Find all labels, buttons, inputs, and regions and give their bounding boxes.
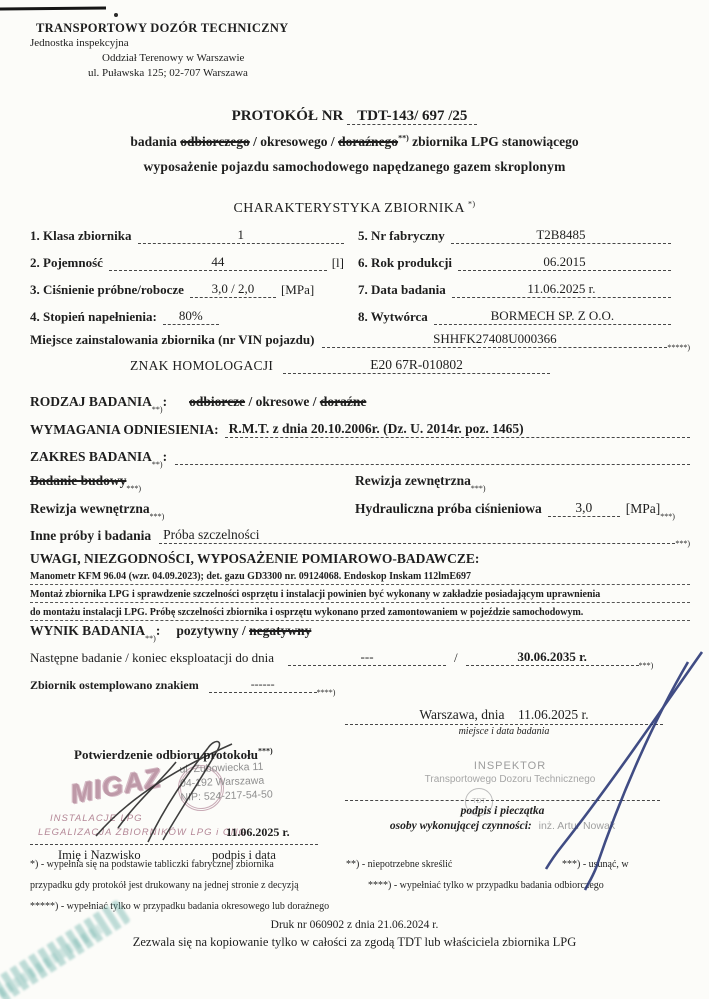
separator: / bbox=[331, 134, 335, 149]
rewizja-wewnetrzna: Rewizja wewnętrzna ***) bbox=[30, 500, 355, 517]
row-value-empty bbox=[175, 449, 690, 465]
company-stamp-address: ul. Zubowiecka 11 04-192 Warszawa NIP: 5… bbox=[179, 759, 273, 804]
footnote: przypadku gdy protokół jest drukowany na… bbox=[30, 875, 299, 896]
protocol-title: PROTOKÓŁ NR TDT-143/ 697 /25 bbox=[0, 108, 709, 125]
receipt-date: 11.06.2025 r. bbox=[226, 825, 290, 840]
field-vin: Miejsce zainstalowania zbiornika (nr VIN… bbox=[30, 331, 690, 348]
row-label: Następne badanie / koniec eksploatacji d… bbox=[30, 650, 274, 666]
footnote-row: przypadku gdy protokół jest drukowany na… bbox=[30, 875, 685, 896]
receipt-heading-text: Potwierdzenie odbioru protokołu bbox=[74, 747, 258, 762]
field-value: 11.06.2025 r. bbox=[452, 281, 671, 298]
inspector-caption-2: osoby wykonującej czynności: inż. Artur … bbox=[345, 820, 660, 832]
protocol-subtitle: badania odbiorczego / okresowego / doraź… bbox=[0, 134, 709, 150]
field-label: 6. Rok produkcji bbox=[358, 255, 458, 271]
row-label: Hydrauliczna próba ciśnieniowa bbox=[355, 501, 542, 517]
characteristics-grid: 1. Klasa zbiornika 1 5. Nr fabryczny T2B… bbox=[30, 227, 685, 325]
field-label: 3. Ciśnienie próbne/robocze bbox=[30, 282, 190, 298]
row-label-struck: Badanie budowy bbox=[30, 473, 126, 489]
field-cisnienie: 3. Ciśnienie próbne/robocze 3,0 / 2,0 [M… bbox=[30, 281, 358, 298]
next-date-1: --- bbox=[288, 649, 446, 666]
row-label: WYMAGANIA ODNIESIENIA: bbox=[30, 422, 219, 438]
scan-artifact-line bbox=[0, 6, 106, 10]
company-stamp-caption-2: LEGALIZACJA ZBIORNIKÓW LPG i CNG bbox=[38, 827, 247, 838]
field-value: 3,0 / 2,0 bbox=[190, 281, 276, 298]
signature-rule bbox=[30, 844, 318, 845]
field-value: T2B8485 bbox=[451, 227, 671, 244]
place-date-caption: miejsce i data badania bbox=[345, 726, 663, 737]
row-label: Rewizja wewnętrzna bbox=[30, 501, 150, 517]
footnote-row: *****) - wypełniać tylko w przypadku bad… bbox=[30, 896, 685, 917]
field-value: E20 67R-010802 bbox=[283, 357, 550, 374]
field-value: SHHFK27408U000366 bbox=[322, 331, 667, 348]
protocol-label: PROTOKÓŁ NR bbox=[232, 108, 344, 124]
protocol-subtitle-2: wyposażenie pojazdu samochodowego napędz… bbox=[0, 159, 709, 175]
row-label: Zbiornik ostemplowano znakiem bbox=[30, 678, 199, 693]
field-value: BORMECH SP. Z O.O. bbox=[434, 308, 671, 325]
rodzaj-struck-dorazne: doraźne bbox=[320, 394, 367, 409]
field-pojemnosc: 2. Pojemność 44 [l] bbox=[30, 254, 358, 271]
footnote: ***) - usunąć, w bbox=[562, 854, 629, 875]
field-unit: [MPa] bbox=[276, 282, 314, 298]
rodzaj-values: odbiorcze / okresowe / doraźne bbox=[167, 394, 366, 410]
zbiornik-ostemplowano-row: Zbiornik ostemplowano znakiem ------ ***… bbox=[30, 677, 690, 693]
org-branch: Oddział Terenowy w Warszawie bbox=[30, 51, 289, 66]
wynik-pozytywny: pozytywny bbox=[176, 623, 238, 638]
field-label: 8. Wytwórca bbox=[358, 309, 434, 325]
footnote-mark: *) bbox=[468, 199, 475, 208]
field-wytworca: 8. Wytwórca BORMECH SP. Z O.O. bbox=[358, 308, 685, 325]
subtitle-suffix: zbiornika LPG stanowiącego bbox=[412, 134, 579, 149]
footnote-mark: ***) bbox=[258, 747, 273, 756]
separator: / bbox=[248, 394, 252, 409]
footnotes: *) - wypełnia się na podstawie tabliczki… bbox=[30, 854, 685, 917]
uwagi-line-2: Montaż zbiornika LPG i sprawdzenie szcze… bbox=[30, 589, 690, 603]
field-nr-fabryczny: 5. Nr fabryczny T2B8485 bbox=[358, 227, 685, 244]
company-stamp-logo: MIGAZ bbox=[68, 763, 164, 811]
scan-artifact-dot bbox=[114, 13, 118, 17]
field-value: 44 bbox=[109, 254, 327, 271]
field-value: 06.2015 bbox=[458, 254, 671, 271]
field-label: Miejsce zainstalowania zbiornika (nr VIN… bbox=[30, 332, 322, 348]
footnote: ****) - wypełniać tylko w przypadku bada… bbox=[368, 875, 604, 896]
zakres-row: ZAKRES BADANIA**): bbox=[30, 449, 690, 465]
row-value: ------ bbox=[209, 677, 317, 693]
separator: / bbox=[253, 134, 257, 149]
field-homologacja: ZNAK HOMOLOGACJI E20 67R-010802 bbox=[130, 357, 550, 374]
section-charakterystyka: CHARAKTERYSTYKA ZBIORNIKA *) bbox=[0, 201, 709, 217]
company-stamp-caption-1: INSTALACJE LPG bbox=[50, 813, 143, 824]
row-label: ZAKRES BADANIA bbox=[30, 449, 152, 465]
rodzaj-struck-odbiorcze: odbiorcze bbox=[189, 394, 245, 409]
field-data-badania: 7. Data badania 11.06.2025 r. bbox=[358, 281, 685, 298]
row-unit: [MPa] bbox=[626, 501, 661, 517]
badanie-budowy: Badanie budowy ***) bbox=[30, 473, 355, 489]
inspector-name: inż. Artur Nowak bbox=[535, 820, 615, 832]
title-block: PROTOKÓŁ NR TDT-143/ 697 /25 badania odb… bbox=[0, 108, 709, 175]
uwagi-line-1: Manometr KFM 96.04 (wzr. 04.09.2023); de… bbox=[30, 571, 690, 585]
type-okresowego: okresowego bbox=[260, 134, 327, 149]
inne-proby-row: Inne próby i badania Próba szczelności *… bbox=[30, 527, 690, 544]
section-title-text: CHARAKTERYSTYKA ZBIORNIKA bbox=[234, 201, 465, 216]
field-label: 7. Data badania bbox=[358, 282, 452, 298]
place-date-block: Warszawa, dnia 11.06.2025 r. miejsce i d… bbox=[345, 707, 663, 737]
row-value: Próba szczelności bbox=[159, 527, 675, 544]
signature-rule bbox=[345, 800, 660, 801]
place-label: Warszawa, dnia bbox=[419, 707, 504, 722]
protocol-number: TDT-143/ 697 /25 bbox=[347, 108, 477, 125]
wynik-struck-negatywny: negatywny bbox=[249, 623, 311, 638]
inspector-stamp-title: INSPEKTOR bbox=[345, 760, 675, 772]
place-date-value: 11.06.2025 r. bbox=[518, 707, 589, 722]
next-date-2: 30.06.2035 r. bbox=[466, 649, 639, 666]
uwagi-heading: UWAGI, NIEZGODNOŚCI, WYPOSAŻENIE POMIARO… bbox=[30, 551, 479, 567]
field-label: ZNAK HOMOLOGACJI bbox=[130, 358, 283, 374]
copy-permission: Zezwala się na kopiowanie tylko w całośc… bbox=[0, 935, 709, 950]
field-value: 80% bbox=[163, 308, 219, 325]
org-unit: Jednostka inspekcyjna bbox=[30, 36, 289, 51]
field-label: 5. Nr fabryczny bbox=[358, 228, 451, 244]
uwagi-line-3: do montażu instalacji LPG. Próbę szczeln… bbox=[30, 607, 690, 621]
org-name: TRANSPORTOWY DOZÓR TECHNICZNY bbox=[30, 21, 289, 36]
field-klasa: 1. Klasa zbiornika 1 bbox=[30, 227, 358, 244]
field-stopien: 4. Stopień napełnienia: 80% bbox=[30, 308, 358, 325]
separator: / bbox=[313, 394, 317, 409]
scope-grid: Badanie budowy ***) Rewizja zewnętrzna *… bbox=[30, 473, 690, 517]
row-value: R.M.T. z dnia 20.10.2006r. (Dz. U. 2014r… bbox=[225, 421, 690, 438]
rodzaj-badania-row: RODZAJ BADANIA**): odbiorcze / okresowe … bbox=[30, 394, 690, 410]
org-address: ul. Puławska 125; 02-707 Warszawa bbox=[30, 66, 289, 81]
footnote-mark: **) bbox=[398, 134, 409, 143]
inspector-stamp-org: Transportowego Dozoru Technicznego bbox=[345, 774, 675, 785]
row-label: Rewizja zewnętrzna bbox=[355, 473, 471, 489]
field-label: 1. Klasa zbiornika bbox=[30, 228, 138, 244]
footnote-row: *) - wypełnia się na podstawie tabliczki… bbox=[30, 854, 685, 875]
field-rok-produkcji: 6. Rok produkcji 06.2015 bbox=[358, 254, 685, 271]
subtitle-prefix: badania bbox=[130, 134, 177, 149]
type-struck-odbiorczego: odbiorczego bbox=[180, 134, 250, 149]
nastepne-badanie-row: Następne badanie / koniec eksploatacji d… bbox=[30, 649, 690, 666]
hydrauliczna-proba: Hydrauliczna próba ciśnieniowa 3,0 [MPa]… bbox=[355, 500, 690, 517]
footnote: *) - wypełnia się na podstawie tabliczki… bbox=[30, 854, 274, 875]
inspector-caption-1: podpis i pieczątka bbox=[345, 805, 660, 817]
wynik-row: WYNIK BADANIA**): pozytywny / negatywny bbox=[30, 623, 690, 639]
row-label: RODZAJ BADANIA bbox=[30, 394, 152, 410]
scanned-protocol-document: TRANSPORTOWY DOZÓR TECHNICZNY Jednostka … bbox=[0, 0, 709, 999]
field-unit: [l] bbox=[327, 255, 344, 271]
letterhead: TRANSPORTOWY DOZÓR TECHNICZNY Jednostka … bbox=[30, 21, 289, 81]
field-label: 2. Pojemność bbox=[30, 255, 109, 271]
separator: / bbox=[242, 623, 246, 638]
footnote: *****) - wypełniać tylko w przypadku bad… bbox=[30, 896, 329, 917]
rodzaj-okresowe: okresowe bbox=[256, 394, 310, 409]
footnote: **) - niepotrzebne skreślić bbox=[346, 854, 452, 875]
rewizja-zewnetrzna: Rewizja zewnętrzna ***) bbox=[355, 473, 690, 489]
inspector-caption-text: osoby wykonującej czynności: bbox=[390, 820, 532, 832]
colon: : bbox=[163, 449, 168, 465]
wynik-values: pozytywny / negatywny bbox=[160, 623, 311, 639]
field-label: 4. Stopień napełnienia: bbox=[30, 309, 163, 325]
row-value: 3,0 bbox=[548, 500, 620, 517]
row-label: WYNIK BADANIA bbox=[30, 623, 145, 639]
type-struck-doraznego: doraźnego bbox=[338, 134, 398, 149]
separator: / bbox=[446, 650, 466, 666]
row-label: Inne próby i badania bbox=[30, 528, 151, 544]
field-value: 1 bbox=[138, 227, 345, 244]
wymagania-row: WYMAGANIA ODNIESIENIA: R.M.T. z dnia 20.… bbox=[30, 421, 690, 438]
stamp-address-line: NIP: 524-217-54-50 bbox=[180, 787, 273, 804]
place-date-line: Warszawa, dnia 11.06.2025 r. bbox=[345, 707, 663, 725]
